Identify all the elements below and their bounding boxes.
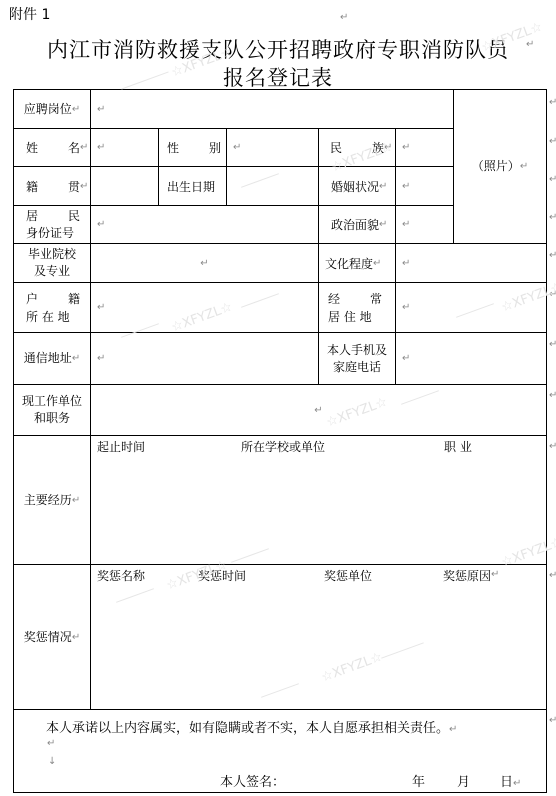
paragraph-mark: ↵ (97, 302, 105, 313)
margin-paragraph-mark: ↵ (549, 250, 556, 261)
date-month-label: 月 (457, 771, 470, 790)
awards-label-text: 奖惩情况 (24, 629, 72, 646)
native-place-label-b: 贯 (68, 178, 80, 195)
title-paragraph-mark: ↵ (526, 39, 534, 50)
margin-paragraph-mark: ↵ (549, 212, 556, 223)
paragraph-mark: ↵ (402, 142, 410, 153)
awards-field[interactable]: 奖惩名称 奖惩时间 奖惩单位 奖惩原因↵ (91, 565, 546, 709)
paragraph-mark: ↵ (491, 569, 499, 580)
ethnicity-field[interactable]: ↵ (396, 129, 453, 166)
household-label-line2: 所 在 地 (26, 308, 70, 326)
experience-col-occupation: 职 业 (444, 438, 472, 455)
margin-paragraph-mark: ↵ (549, 441, 556, 452)
residence-label: 经常 居 住 地 (328, 283, 395, 332)
residence-label-line2: 居 住 地 (328, 308, 372, 326)
address-field[interactable]: ↵ (91, 333, 318, 384)
paragraph-mark: ↵ (233, 142, 241, 153)
experience-label: 主要经历↵ (14, 436, 90, 564)
pledge-text: 本人承诺以上内容属实，如有隐瞒或者不实，本人自愿承担相关责任。 (46, 721, 449, 736)
id-label-line2: 身份证号 (26, 225, 74, 242)
margin-paragraph-mark: ↵ (549, 390, 556, 401)
household-label: 户籍 所 在 地 (26, 283, 90, 332)
photo-label: （照片） (472, 158, 520, 175)
margin-paragraph-mark: ↵ (549, 136, 556, 147)
signature-label: 本人签名： (220, 771, 285, 790)
residence-label-b: 常 (370, 290, 382, 308)
education-label-text: 文化程度 (325, 255, 373, 272)
school-label-line2: 及专业 (34, 263, 70, 280)
paragraph-mark: ↵ (72, 101, 80, 118)
id-label-b: 民 (68, 208, 80, 225)
work-unit-field[interactable]: ↵ (91, 385, 546, 435)
birth-date-label-text: 出生日期 (167, 178, 215, 195)
margin-paragraph-mark: ↵ (549, 570, 556, 581)
margin-paragraph-mark: ↵ (549, 289, 556, 300)
school-major-label: 毕业院校 及专业 (14, 244, 90, 282)
political-status-label-text: 政治面貌 (331, 216, 379, 233)
gender-label-a: 性 (167, 139, 179, 156)
paragraph-mark: ↵ (402, 219, 410, 230)
margin-paragraph-mark: ↵ (549, 715, 556, 726)
table-border-bottom (13, 792, 547, 793)
residence-label-a: 经 (328, 290, 340, 308)
ethnicity-label: 民族↵ (330, 129, 395, 166)
awards-col-name: 奖惩名称 (97, 567, 145, 584)
position-field[interactable]: ↵ (91, 90, 453, 128)
col-divider (158, 128, 159, 205)
date-day-text: 日 (500, 775, 513, 790)
photo-box[interactable]: （照片）↵ (454, 90, 546, 243)
id-number-label: 居民 身份证号 (26, 206, 90, 243)
paragraph-mark: ↵ (72, 629, 80, 646)
awards-col-time: 奖惩时间 (198, 567, 246, 584)
native-place-field[interactable] (91, 167, 158, 205)
paragraph-mark: ↵ (47, 738, 55, 749)
paragraph-mark: ↵ (449, 724, 457, 735)
work-unit-label-line2: 和职务 (34, 410, 70, 427)
margin-paragraph-mark: ↵ (549, 97, 556, 108)
marital-status-field[interactable]: ↵ (396, 167, 453, 205)
address-label: 通信地址↵ (14, 333, 90, 384)
paragraph-mark: ↵ (379, 181, 387, 192)
birth-date-label: 出生日期 (167, 167, 226, 205)
paragraph-mark: ↵ (384, 142, 392, 153)
paragraph-mark: ↵ (520, 158, 528, 175)
position-label-text: 应聘岗位 (24, 101, 72, 118)
education-field[interactable]: ↵ (396, 244, 546, 282)
ethnicity-label-a: 民 (330, 139, 342, 156)
paragraph-mark: ↵ (80, 142, 88, 153)
line-break-mark: ↓ (48, 756, 56, 767)
name-field[interactable]: ↵ (91, 129, 158, 166)
work-unit-label-line1: 现工作单位 (22, 393, 82, 410)
paragraph-mark: ↵ (513, 778, 521, 789)
paragraph-mark: ↵ (373, 258, 381, 269)
name-label: 姓名↵ (26, 129, 90, 166)
paragraph-mark: ↵ (97, 142, 105, 153)
signature-field[interactable] (282, 768, 402, 788)
paragraph-mark: ↵ (200, 255, 208, 272)
name-label-b: 名 (68, 139, 80, 156)
marital-status-label: 婚姻状况↵ (331, 167, 395, 205)
paragraph-mark: ↵ (402, 181, 410, 192)
paragraph-mark: ↵ (402, 353, 410, 364)
paragraph-mark: ↵ (72, 350, 80, 367)
awards-col-reason: 奖惩原因 (443, 567, 491, 584)
paragraph-mark: ↵ (97, 219, 105, 230)
education-label: 文化程度↵ (325, 244, 395, 282)
pledge-text-line: 本人承诺以上内容属实，如有隐瞒或者不实，本人自愿承担相关责任。↵ (46, 717, 457, 736)
phone-label: 本人手机及 家庭电话 (319, 333, 395, 384)
phone-label-line2: 家庭电话 (333, 359, 381, 376)
attachment-label: 附件 1 (9, 4, 50, 24)
document-title-line2: 报名登记表 (0, 62, 556, 92)
experience-label-text: 主要经历 (24, 492, 72, 509)
paragraph-mark: ↵ (314, 402, 322, 419)
paragraph-mark: ↵ (402, 258, 410, 269)
awards-col-unit: 奖惩单位 (324, 567, 372, 584)
document-title-line1: 内江市消防救援支队公开招聘政府专职消防队员 (0, 34, 556, 64)
paragraph-mark: ↵ (379, 219, 387, 230)
paragraph-mark: ↵ (80, 181, 88, 192)
margin-paragraph-mark: ↵ (549, 339, 556, 350)
residence-field[interactable]: ↵ (396, 283, 546, 332)
experience-col-period: 起止时间 (97, 438, 145, 455)
experience-field[interactable]: 起止时间 所在学校或单位 职 业 (91, 436, 546, 564)
paragraph-mark: ↵ (72, 492, 80, 509)
ethnicity-label-b: 族 (372, 139, 384, 156)
household-field[interactable]: ↵ (91, 283, 318, 332)
native-place-label: 籍贯↵ (26, 167, 90, 205)
position-label: 应聘岗位↵ (14, 90, 90, 128)
household-label-b: 籍 (68, 290, 80, 308)
address-label-text: 通信地址 (24, 350, 72, 367)
birth-date-field[interactable] (227, 167, 318, 205)
date-year-label: 年 (412, 771, 425, 790)
gender-label: 性别 (167, 129, 226, 166)
gender-field[interactable]: ↵ (227, 129, 318, 166)
header-paragraph-mark: ↵ (340, 12, 348, 23)
gender-label-b: 别 (209, 139, 221, 156)
marital-status-label-text: 婚姻状况 (331, 178, 379, 195)
pledge-section: 本人承诺以上内容属实，如有隐瞒或者不实，本人自愿承担相关责任。↵ ↵ ↓ 本人签… (14, 710, 546, 792)
experience-col-unit: 所在学校或单位 (241, 438, 325, 455)
native-place-label-a: 籍 (26, 178, 38, 195)
school-major-field[interactable]: ↵ (91, 244, 318, 282)
id-number-field[interactable]: ↵ (91, 206, 318, 243)
paragraph-mark: ↵ (97, 104, 105, 115)
id-label-a: 居 (26, 208, 38, 225)
phone-label-line1: 本人手机及 (327, 342, 387, 359)
political-status-label: 政治面貌↵ (331, 206, 395, 243)
household-label-a: 户 (26, 290, 38, 308)
paragraph-mark: ↵ (97, 353, 105, 364)
work-unit-label: 现工作单位 和职务 (14, 385, 90, 435)
margin-paragraph-mark: ↵ (549, 174, 556, 185)
paragraph-mark: ↵ (402, 302, 410, 313)
school-label-line1: 毕业院校 (28, 246, 76, 263)
political-status-field[interactable]: ↵ (396, 206, 453, 243)
awards-label: 奖惩情况↵ (14, 565, 90, 709)
table-border-right (546, 89, 547, 792)
name-label-a: 姓 (26, 139, 38, 156)
date-day-label: 日↵ (500, 771, 521, 790)
phone-field[interactable]: ↵ (396, 333, 546, 384)
